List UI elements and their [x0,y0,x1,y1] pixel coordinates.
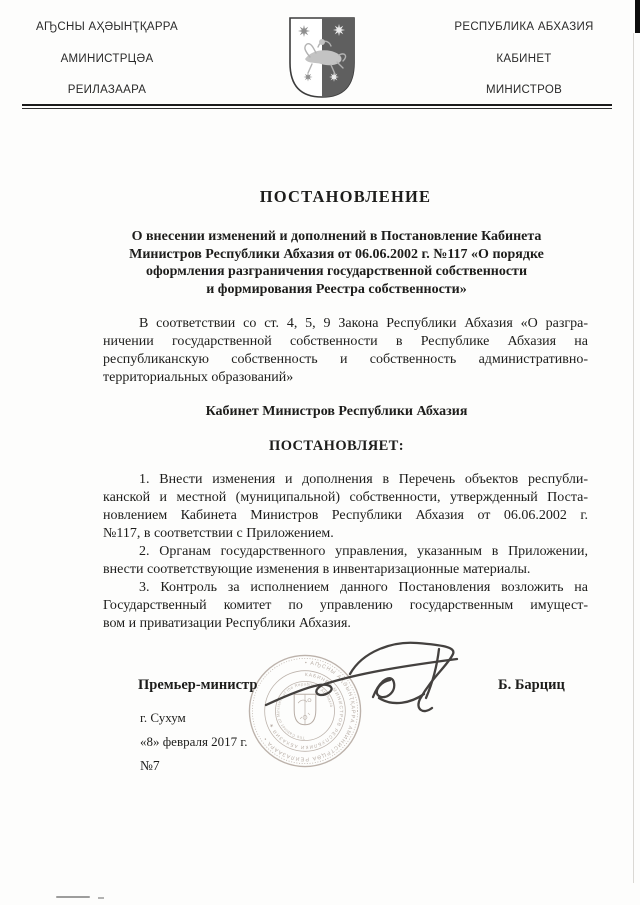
subtitle-line: Министров Республики Абхазия от 06.06.20… [103,246,570,264]
scan-edge-line [633,33,634,883]
scan-smudge [56,896,90,898]
subtitle-line: оформления разграничения государственной… [103,263,570,281]
letterhead-org-russian: РЕСПУБЛИКА АБХАЗИЯ КАБИНЕТ МИНИСТРОВ [438,20,610,115]
decree-item-3: 3. Контроль за исполнением данного Поста… [103,579,588,633]
item-line: новлением Кабинета Министров Республики … [103,507,588,525]
letterhead-line: АҦСНЫ АҲӘЫНҬҚАРРА [18,20,196,52]
scan-edge-artifact [635,0,640,33]
letterhead-line: АМИНИСТРЦӘА [18,52,196,84]
issue-date: «8» февраля 2017 г. [140,734,248,750]
item-line: 3. Контроль за исполнением данного Поста… [103,579,588,597]
preamble-line: территориальных образований» [103,369,588,387]
issuing-body-heading: Кабинет Министров Республики Абхазия [103,404,570,420]
scan-smudge [98,897,104,899]
decree-number: №7 [140,758,160,774]
letterhead-line: КАБИНЕТ [438,52,610,84]
item-line: 1. Внести изменения и дополнения в Переч… [103,471,588,489]
abkhazia-coat-of-arms-icon [287,16,357,100]
item-line: №117, в соответствии с Приложением. [103,525,588,543]
decree-item-2: 2. Органам государственного управления, … [103,543,588,579]
item-line: канской и местной (муниципальной) собств… [103,489,588,507]
decree-document-page: АҦСНЫ АҲӘЫНҬҚАРРА АМИНИСТРЦӘА РЕИЛАЗААРА [0,0,640,905]
preamble-line: ничении государственной собственности в … [103,333,588,351]
preamble-line: республиканскую собственность и собствен… [103,351,588,369]
letterhead-line: РЕСПУБЛИКА АБХАЗИЯ [438,20,610,52]
item-line: внести соответствующие изменения в инвен… [103,561,588,579]
handwritten-signature-icon [253,636,473,726]
document-type-title: ПОСТАНОВЛЕНИЕ [103,187,588,207]
letterhead-line: МИНИСТРОВ [438,83,610,115]
enacting-word: ПОСТАНОВЛЯЕТ: [103,438,570,455]
decree-items: 1. Внести изменения и дополнения в Переч… [103,471,588,633]
preamble-line: В соответствии со ст. 4, 5, 9 Закона Рес… [103,315,588,333]
decree-item-1: 1. Внести изменения и дополнения в Переч… [103,471,588,543]
letterhead-divider-rule [22,104,612,109]
issue-place: г. Сухум [140,710,186,726]
signatory-post-label: Премьер-министр [138,677,257,694]
item-line: 2. Органам государственного управления, … [103,543,588,561]
letterhead-line: РЕИЛАЗААРА [18,83,196,115]
subtitle-line: и формирования Реестра собственности» [103,281,570,299]
subtitle-line: О внесении изменений и дополнений в Пост… [103,228,570,246]
document-subject-title: О внесении изменений и дополнений в Пост… [103,228,570,298]
letterhead-org-abkhaz: АҦСНЫ АҲӘЫНҬҚАРРА АМИНИСТРЦӘА РЕИЛАЗААРА [18,20,196,115]
item-line: Государственный комитет по управлению го… [103,597,588,615]
signatory-name: Б. Барциц [498,677,565,694]
item-line: вом и приватизации Республики Абхазия. [103,615,588,633]
preamble-paragraph: В соответствии со ст. 4, 5, 9 Закона Рес… [103,315,588,387]
